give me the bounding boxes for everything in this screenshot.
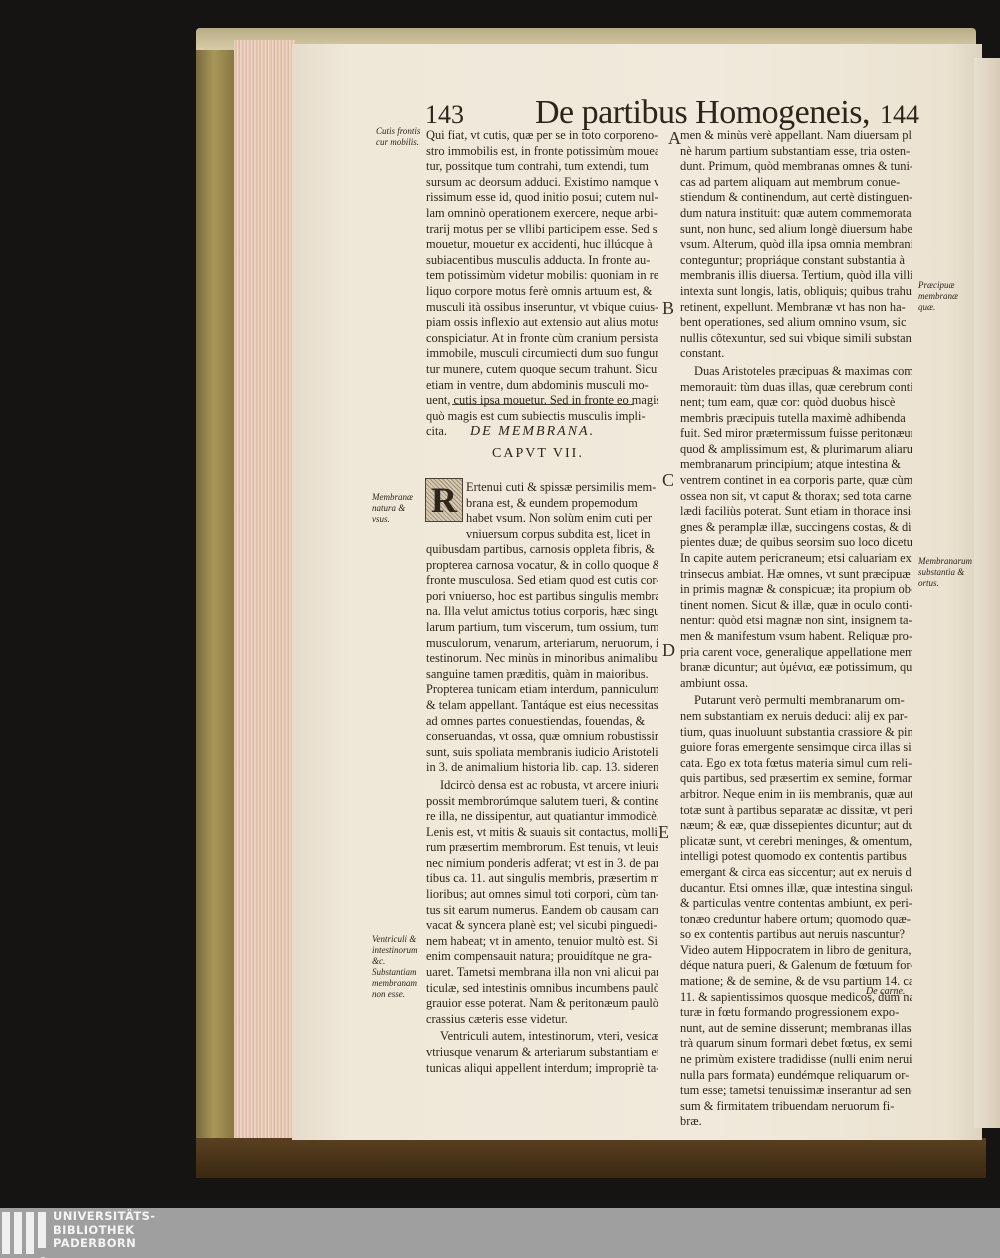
text-line: membris præcipuis tutella maximè adhiben…: [680, 411, 912, 427]
text-line: bent operationes, sed alium omnino vsum,…: [680, 315, 912, 331]
section-letter-b: B: [662, 298, 674, 319]
text-line: tunicas aliqui appellent interdum; impro…: [426, 1061, 658, 1077]
text-line: retinent, expellunt. Membranæ vt has non…: [680, 300, 912, 316]
text-line: tonæo creduntur habere ortum; quomodo qu…: [680, 912, 912, 928]
text-line: lam omninò operationem exercere, neque a…: [426, 206, 658, 222]
text-line: tum esse; tametsi tenuissimæ inserantur …: [680, 1083, 912, 1099]
catchword: De carne.: [866, 986, 905, 997]
page-edges: [234, 40, 296, 1160]
text-line: & particulas ventre contentas ambiunt, e…: [680, 896, 912, 912]
text-line: tus sit earum numerus. Eandem ob causam …: [426, 903, 658, 919]
text-line: subiacentibus musculis adducta. In front…: [426, 253, 658, 269]
text-line: trinsecus ambiat. Hæ omnes, vt sunt præc…: [680, 567, 912, 583]
text-line: cas ad partem aliquam aut membrum conue-: [680, 175, 912, 191]
text-line: conteguntur; propriáque constant substan…: [680, 253, 912, 269]
margin-note: Ventriculi & intestinorum &c. Substantia…: [372, 934, 422, 1000]
text-line: ad omnes partes conuestiendas, fouendas,…: [426, 714, 658, 730]
text-line: fronte musculosa. Sed etiam quod est cut…: [426, 573, 658, 589]
text-line: na. Illa velut amictus totius corporis, …: [426, 604, 658, 620]
text-line: memorauit: tùm duas illas, quæ cerebrum …: [680, 380, 912, 396]
logo-line-1: UNIVERSITÄTS-: [53, 1210, 155, 1224]
margin-note: Cutis frontis cur mobilis.: [376, 126, 424, 148]
text-line: cata. Ego ex tota fœtus materia simul cu…: [680, 756, 912, 772]
text-line: Ertenui cuti & spissæ persimilis mem-: [466, 480, 658, 496]
text-line: Propterea tunicam etiam interdum, pannic…: [426, 682, 658, 698]
text-line: Duas Aristoteles præcipuas & maximas com…: [680, 364, 912, 380]
text-line: nec nimium ponderis adferat; vt est in 3…: [426, 856, 658, 872]
text-line: nent; tum eam, quæ cor: quòd duobus hisc…: [680, 395, 912, 411]
text-line: re illa, ne dissipentur, aut quatiantur …: [426, 809, 658, 825]
text-line: nè harum partium substantiam esse, tria …: [680, 144, 912, 160]
text-line: dum natura instituit: quæ autem commemor…: [680, 206, 912, 222]
library-logo-text: UNIVERSITÄTS- BIBLIOTHEK PADERBORN: [53, 1210, 155, 1251]
text-line: sunt, non hunc, sed alium longè diuersum…: [680, 222, 912, 238]
text-line: tur munere, cutem quoque secum trahunt. …: [426, 362, 658, 378]
text-line: sanguine tamen præditis, quàm in maiorib…: [426, 667, 658, 683]
text-line: in primis magnæ & conspicuæ; ita propium…: [680, 582, 912, 598]
right-page-number: 144: [880, 100, 919, 130]
text-line: brana est, & eundem propemodum: [466, 496, 658, 512]
text-line: immobile, musculi circumiecti dum suo fu…: [426, 346, 658, 362]
text-line: nem habeat; vt in amento, tenuior multò …: [426, 934, 658, 950]
text-line: crassius cæteris esse videtur.: [426, 1012, 658, 1028]
text-line: totæ sunt à partibus separatæ ac dissitæ…: [680, 803, 912, 819]
text-line: quod & amplissimum est, & plurimarum ali…: [680, 442, 912, 458]
text-line: Putarunt verò permulti membranarum om-: [680, 693, 912, 709]
text-line: fuit. Sed miror prætermissum fuisse peri…: [680, 426, 912, 442]
text-line: conspiciatur. At in fronte cùm cranium p…: [426, 331, 658, 347]
text-line: dunt. Primum, quòd membranas omnes & tun…: [680, 159, 912, 175]
text-line: Idcircò densa est ac robusta, vt arcere …: [426, 778, 658, 794]
left-page-number: 143: [425, 100, 464, 130]
text-line: emergant & circa eas siccentur; aut ex n…: [680, 865, 912, 881]
text-line: rum præsertim membrorum. Est tenuis, vt …: [426, 840, 658, 856]
text-line: ne primùm existere tradidisse (nulli eni…: [680, 1052, 912, 1068]
section-letter-c: C: [662, 470, 674, 491]
text-line: liquo corpore motus ferè omnis artuum es…: [426, 284, 658, 300]
text-line: gnes & peramplæ illæ, succingens costas,…: [680, 520, 912, 536]
text-line: sum & firmitatem tribuendam neruorum fi-: [680, 1099, 912, 1115]
text-line: Ventriculi autem, intestinorum, vteri, v…: [426, 1029, 658, 1045]
text-line: ducantur. Etsi omnes illæ, quæ intestina…: [680, 881, 912, 897]
right-column: men & minùs verè appellant. Nam diuersam…: [680, 128, 912, 1130]
text-line: etiam in ventre, dum abdominis musculi m…: [426, 378, 658, 394]
text-line: ambiunt ossa.: [680, 676, 912, 692]
logo-line-3: PADERBORN: [53, 1237, 155, 1251]
text-line: Qui fiat, vt cutis, quæ per se in toto c…: [426, 128, 658, 144]
text-line: tium, quas inuoluunt substantia crassior…: [680, 725, 912, 741]
text-line: quibusdam partibus, carnosis oppleta fib…: [426, 542, 658, 558]
text-line: & telam appellant. Tantáque est eius nec…: [426, 698, 658, 714]
text-line: in 3. de animalium historia lib. cap. 13…: [426, 760, 658, 776]
text-line: nem substantiam ex neruis deduci: alij e…: [680, 709, 912, 725]
text-line: piam ossis inflexio aut extensio aut ali…: [426, 315, 658, 331]
text-line: guiore foras emergente sensimque circa i…: [680, 740, 912, 756]
text-line: grauior esse poterat. Nam & peritonæum p…: [426, 996, 658, 1012]
text-line: turæ in fœtu formando progressionem expo…: [680, 1005, 912, 1021]
chapter-body: quibusdam partibus, carnosis oppleta fib…: [426, 542, 658, 1076]
text-line: membranis illis diuersa. Tertium, quòd i…: [680, 268, 912, 284]
text-line: déque natura pueri, & Galenum de fœtuum …: [680, 958, 912, 974]
text-line: lædi faciliùs poterat. Sunt etiam in tho…: [680, 504, 912, 520]
margin-note: Præcipuæ membranæ quæ.: [918, 280, 964, 313]
text-line: tem potissimùm videtur mobilis: quoniam …: [426, 268, 658, 284]
text-line: tibus ca. 11. aut singulis membris, præs…: [426, 871, 658, 887]
text-line: nulla pars formata) eundémque reliquarum…: [680, 1068, 912, 1084]
text-line: habet vsum. Non solùm enim cuti per: [466, 511, 658, 527]
dropcap-initial: R: [425, 478, 463, 522]
book-cover-bottom: [196, 1138, 986, 1178]
text-line: uent, cutis ipsa mouetur. Sed in fronte …: [426, 393, 658, 409]
margin-note: Membranæ natura & vsus.: [372, 492, 422, 525]
text-line: bræ.: [680, 1114, 912, 1130]
text-line: mouetur, mouetur ex accidenti, huc illúc…: [426, 237, 658, 253]
text-line: In capite autem pericraneum; etsi caluar…: [680, 551, 912, 567]
text-line: sursum ac deorsum adduci. Existimo namqu…: [426, 175, 658, 191]
text-line: Video autem Hippocratem in libro de geni…: [680, 943, 912, 959]
logo-line-2: BIBLIOTHEK: [53, 1224, 155, 1238]
text-line: nunt, aut de semine disserunt; membranas…: [680, 1021, 912, 1037]
section-letter-e: E: [658, 822, 669, 843]
chapter-title: CAPVT VII.: [492, 446, 584, 462]
text-line: pori vniuerso, hoc est partibus singulis…: [426, 589, 658, 605]
text-line: vacat & syncera planè est; vel sicubi pi…: [426, 918, 658, 934]
text-line: so ex contentis partibus aut neruis nasc…: [680, 927, 912, 943]
text-line: propterea carnosa vocatur, & in collo qu…: [426, 558, 658, 574]
text-line: vniuersum corpus subdita est, licet in: [466, 527, 658, 543]
text-line: membranarum principium; atque intestina …: [680, 457, 912, 473]
text-line: ventrem continet in ea corporis parte, q…: [680, 473, 912, 489]
text-line: stro immobilis est, in fronte potissimùm…: [426, 144, 658, 160]
section-title: DE MEMBRANA.: [470, 424, 595, 440]
text-line: stiendum & continendum, aut certè distin…: [680, 190, 912, 206]
text-line: intelligi potest quomodo ex contentis pa…: [680, 849, 912, 865]
text-line: constant.: [680, 346, 912, 362]
text-line: plicatæ sunt, vt cerebri meninges, & ome…: [680, 834, 912, 850]
text-line: nullis cõtexuntur, sed sui vbique simili…: [680, 331, 912, 347]
text-line: tinent nomen. Sicut & illæ, quæ in oculo…: [680, 598, 912, 614]
section-divider: [452, 404, 634, 405]
text-line: testinorum. Nec minùs in minoribus anima…: [426, 651, 658, 667]
text-line: uaret. Tametsi membrana illa non vni ali…: [426, 965, 658, 981]
text-line: intexta sunt longis, latis, obliquis; qu…: [680, 284, 912, 300]
text-line: arbitror. Neque enim in iis membranis, q…: [680, 787, 912, 803]
text-line: possit membrorúmque salutem tueri, & con…: [426, 794, 658, 810]
text-line: quis partibus, sed præsertim ex semine, …: [680, 771, 912, 787]
margin-note: Membranarum substantia & ortus.: [918, 556, 968, 589]
left-column: Qui fiat, vt cutis, quæ per se in toto c…: [426, 128, 658, 440]
text-line: Lenis est, vt mitis & suauis sit contact…: [426, 825, 658, 841]
text-line: lioribus; aut omnes simul toti corpori, …: [426, 887, 658, 903]
text-line: næum; & eæ, quæ dissepientes dicuntur; a…: [680, 818, 912, 834]
text-line: enim compensauit natura; prouidítque ne …: [426, 949, 658, 965]
chapter-opening: Ertenui cuti & spissæ persimilis mem-bra…: [466, 480, 658, 542]
text-line: nentur: quòd etsi magnæ non sint, insign…: [680, 613, 912, 629]
running-title: De partibus Homogeneis,: [535, 94, 870, 132]
text-line: rissimum esse id, quod initio posui; cut…: [426, 190, 658, 206]
text-line: men & manifestum vsum habent. Reliquæ pr…: [680, 629, 912, 645]
text-line: men & minùs verè appellant. Nam diuersam…: [680, 128, 912, 144]
library-footer-bar: UNIVERSITÄTS- BIBLIOTHEK PADERBORN: [0, 1208, 1000, 1258]
text-line: vsum. Alterum, quòd illa ipsa omnia memb…: [680, 237, 912, 253]
text-line: larum partium, tum viscerum, tum ossium,…: [426, 620, 658, 636]
section-letter-a: A: [668, 128, 681, 149]
text-line: ossea non sit, vt caput & thorax; sed to…: [680, 489, 912, 505]
text-line: pria carent voce, generalique appellatio…: [680, 645, 912, 661]
text-line: musculi ità ossibus inseruntur, vt vbiqu…: [426, 300, 658, 316]
text-line: branæ dicuntur; aut ὑμένια, eæ potissimu…: [680, 660, 912, 676]
page-curl: [974, 58, 1000, 1128]
text-line: sunt, suis spoliata membranis iudicio Ar…: [426, 745, 658, 761]
text-line: trà quarum sinum formari debet fœtus, ex…: [680, 1036, 912, 1052]
text-line: musculorum, venarum, arteriarum, neruoru…: [426, 636, 658, 652]
text-line: vtriusque venarum & arteriarum substanti…: [426, 1045, 658, 1061]
text-line: conseruandas, vt ossa, quæ omnium robust…: [426, 729, 658, 745]
text-line: quò magis est cum subiectis musculis imp…: [426, 409, 658, 425]
section-letter-d: D: [662, 640, 675, 661]
text-line: pientes duæ; de quibus seorsim suo loco …: [680, 535, 912, 551]
text-line: trarij motus per se vllibi participem es…: [426, 222, 658, 238]
text-line: ticulæ, sed intestinis omnibus incumbens…: [426, 981, 658, 997]
text-line: tur, possitque tum contrahi, tum extendi…: [426, 159, 658, 175]
